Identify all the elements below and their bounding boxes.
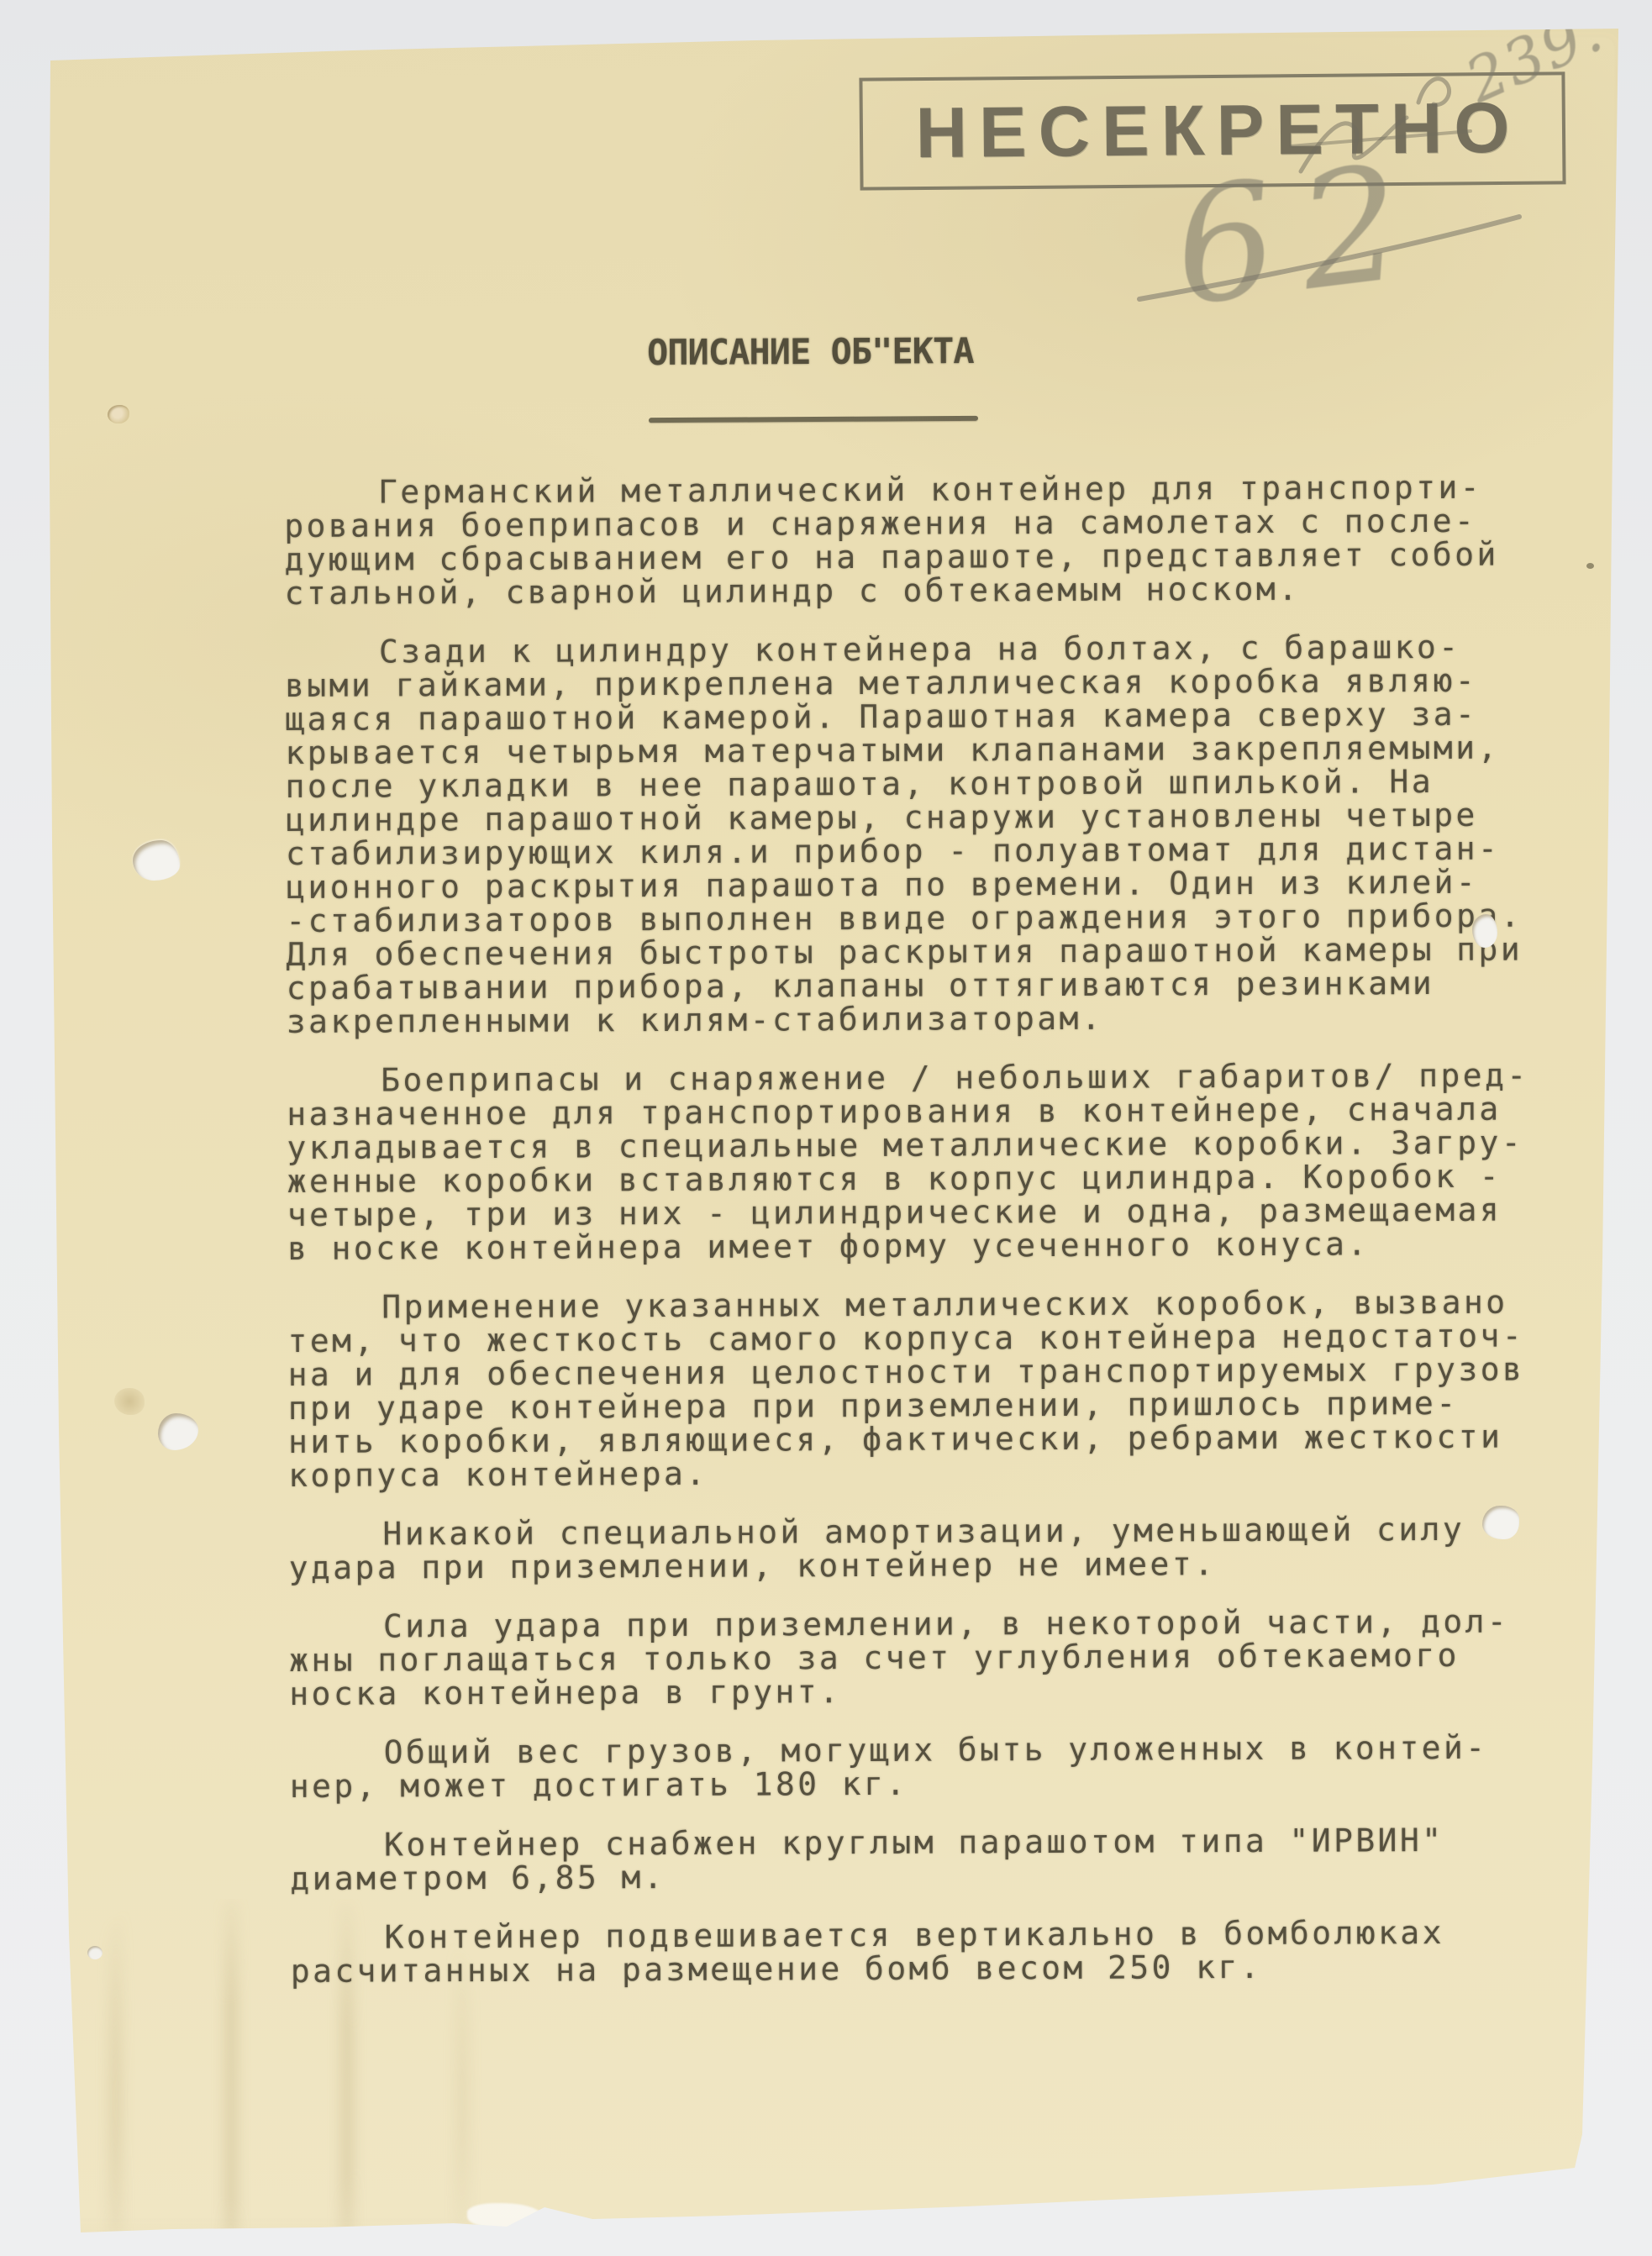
paper-dent xyxy=(108,405,129,423)
text-line: закрепленными к килям-стабилизаторам. xyxy=(287,999,1564,1039)
text-line: срабатывании прибора, клапаны оттягивают… xyxy=(287,965,1564,1005)
document-body: Германский металлический контейнер для т… xyxy=(284,470,1568,2013)
scan-background: НЕСЕКРЕТНО 239. 62 ОПИСАНИЕ ОБ"ЕКТА Герм… xyxy=(0,0,1652,2256)
text-line: Общий вес грузов, могущих быть уложенных… xyxy=(290,1730,1567,1770)
ink-speck xyxy=(1586,563,1594,569)
text-line: носка контейнера в грунт. xyxy=(289,1671,1566,1711)
text-line: Контейнер подвешивается вертикально в бо… xyxy=(291,1915,1568,1954)
paragraph: Сзади к цилиндру контейнера на болтах, с… xyxy=(285,629,1564,1039)
text-line: нить коробки, являющиеся, фактически, ре… xyxy=(288,1419,1565,1459)
text-line: Никакой специальной амортизации, уменьша… xyxy=(288,1512,1565,1551)
punch-hole xyxy=(133,840,180,881)
paragraph: Сила удара при приземлении, в некоторой … xyxy=(289,1604,1567,1711)
paragraph: Применение указанных металлических короб… xyxy=(287,1285,1565,1492)
text-line: удара при приземлении, контейнер не имее… xyxy=(289,1545,1566,1585)
paper-hole xyxy=(1482,1506,1519,1539)
punch-hole xyxy=(158,1413,198,1450)
paragraph: Германский металлический контейнер для т… xyxy=(284,470,1562,610)
text-line: диаметром 6,85 м. xyxy=(290,1856,1567,1896)
document-title: ОПИСАНИЕ ОБ"ЕКТА xyxy=(647,330,974,373)
text-line: корпуса контейнера. xyxy=(288,1453,1565,1492)
text-line: жны поглащаться только за счет углублени… xyxy=(289,1638,1566,1677)
paper-hole xyxy=(1472,914,1497,948)
text-line: четыре, три из них - цилиндрические и од… xyxy=(287,1192,1565,1232)
paragraph: Боеприпасы и снаряжение / небольших габа… xyxy=(287,1058,1565,1265)
bottom-edge-tear xyxy=(467,2203,543,2228)
text-line: Контейнер снабжен круглым парашотом типа… xyxy=(290,1822,1567,1862)
paragraph: Контейнер снабжен круглым парашотом типа… xyxy=(290,1822,1567,1896)
text-line: в носке контейнера имеет форму усеченног… xyxy=(287,1226,1565,1265)
text-line: нер, может достигать 180 кг. xyxy=(290,1764,1567,1803)
paper-dent xyxy=(114,1388,145,1415)
paragraph: Общий вес грузов, могущих быть уложенных… xyxy=(290,1730,1567,1803)
paragraph: Контейнер подвешивается вертикально в бо… xyxy=(291,1915,1568,1988)
title-underline xyxy=(649,416,978,423)
document-paper: НЕСЕКРЕТНО 239. 62 ОПИСАНИЕ ОБ"ЕКТА Герм… xyxy=(0,0,1652,2256)
text-line: дующим сбрасыванием его на парашоте, пре… xyxy=(284,537,1561,576)
punch-hole xyxy=(87,1946,103,1959)
text-line: стальной, сварной цилиндр с обтекаемым н… xyxy=(285,571,1562,610)
handwritten-pencil-number: 62 xyxy=(1166,141,1435,329)
text-line: расчитанных на размещение бомб весом 250… xyxy=(291,1948,1568,1988)
paragraph: Никакой специальной амортизации, уменьша… xyxy=(288,1512,1565,1585)
